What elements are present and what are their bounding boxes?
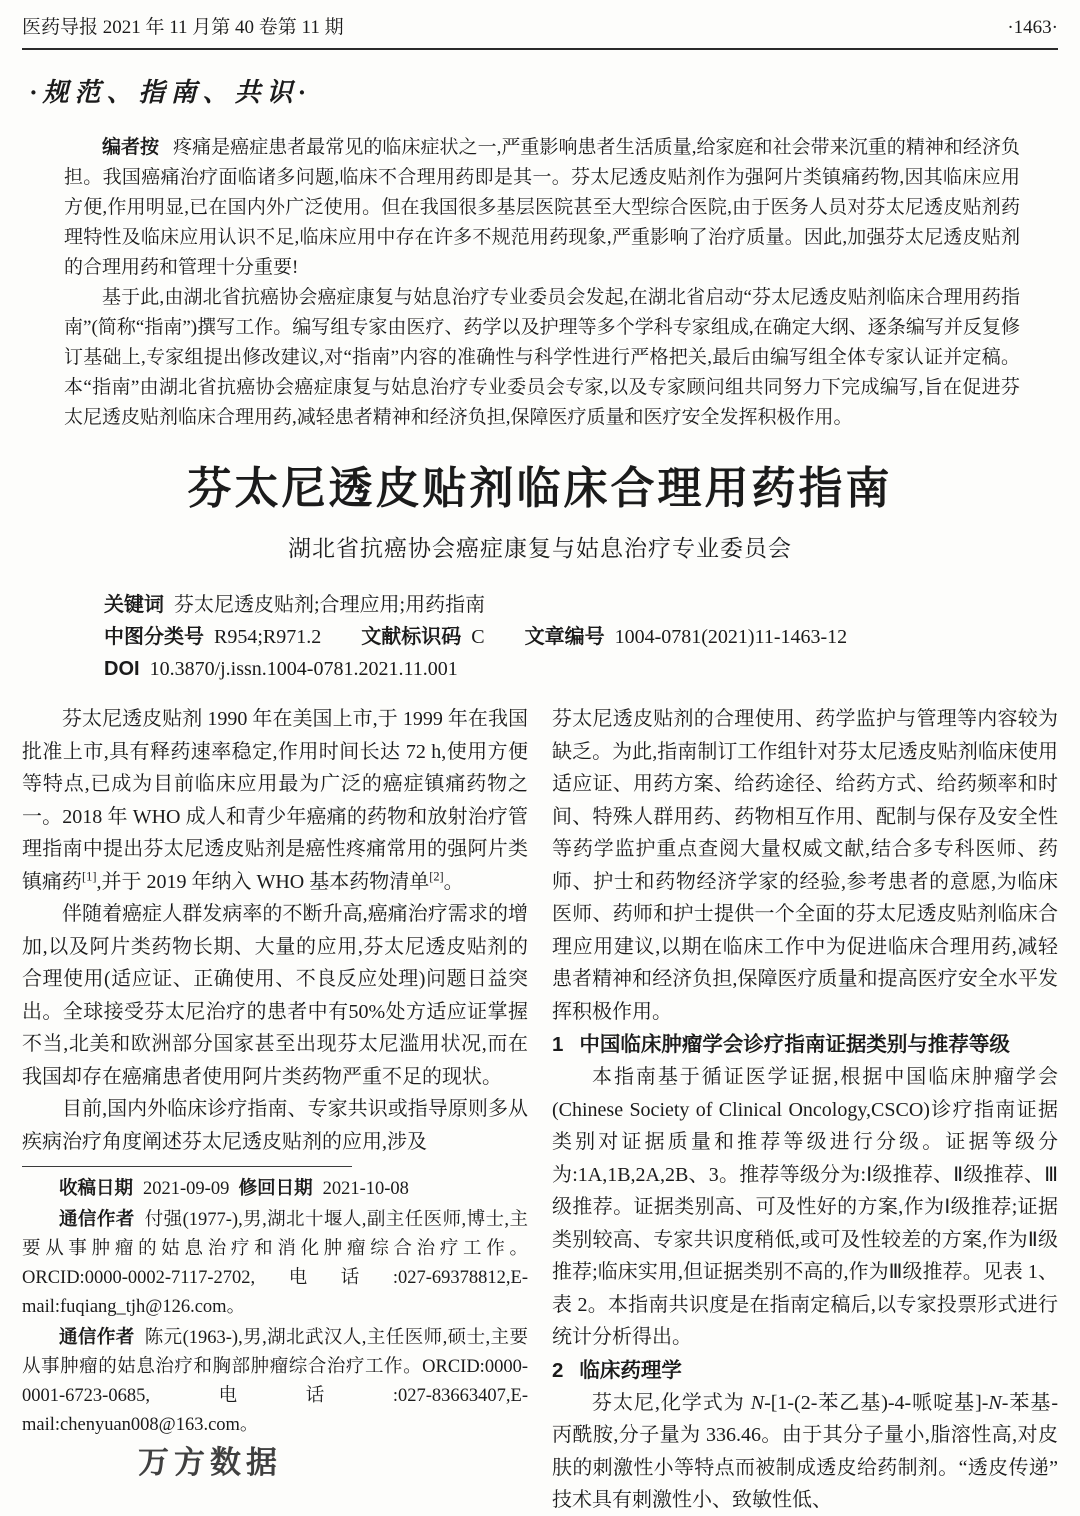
journal-issue-info: 医药导报 2021 年 11 月第 40 卷第 11 期 xyxy=(22,16,344,40)
body-paragraph: 芬太尼,化学式为 N-[1-(2-苯乙基)-4-哌啶基]-N-苯基-丙酰胺,分子… xyxy=(552,1387,1058,1516)
article-author: 湖北省抗癌协会癌症康复与姑息治疗专业委员会 xyxy=(0,535,1080,563)
section-title: 临床药理学 xyxy=(579,1354,682,1387)
footnote-rule xyxy=(22,1166,352,1167)
section-heading-1: 1 中国临床肿瘤学会诊疗指南证据类别与推荐等级 xyxy=(552,1028,1058,1061)
section-number: 1 xyxy=(552,1028,563,1061)
right-column: 芬太尼透皮贴剂的合理使用、药学监护与管理等内容较为缺乏。为此,指南制订工作组针对… xyxy=(552,703,1058,1516)
footnote-block: 收稿日期2021-09-09 修回日期2021-10-08 通信作者付强(197… xyxy=(22,1166,528,1440)
page-number: ·1463· xyxy=(1007,16,1058,40)
left-column: 芬太尼透皮贴剂 1990 年在美国上市,于 1999 年在我国批准上市,具有释药… xyxy=(22,703,528,1516)
classification-line: 中图分类号 R954;R971.2 文献标识码 C 文章编号 1004-0781… xyxy=(104,621,1020,653)
received-revised-dates: 收稿日期2021-09-09 修回日期2021-10-08 xyxy=(22,1173,528,1204)
section-heading-2: 2 临床药理学 xyxy=(552,1354,1058,1387)
article-title: 芬太尼透皮贴剂临床合理用药指南 xyxy=(0,463,1080,515)
section-title: 中国临床肿瘤学会诊疗指南证据类别与推荐等级 xyxy=(579,1028,1010,1061)
editor-note-paragraph: 基于此,由湖北省抗癌协会癌症康复与姑息治疗专业委员会发起,在湖北省启动“芬太尼透… xyxy=(64,283,1020,433)
journal-scan-page: 医药导报 2021 年 11 月第 40 卷第 11 期 ·1463· ·规范、… xyxy=(0,0,1080,1516)
corresponding-author-2: 通信作者陈元(1963-),男,湖北武汉人,主任医师,硕士,主要从事肿瘤的姑息治… xyxy=(22,1322,528,1440)
doi-line: DOI 10.3870/j.issn.1004-0781.2021.11.001 xyxy=(104,653,1020,685)
article-meta: 关键词 芬太尼透皮贴剂;合理应用;用药指南 中图分类号 R954;R971.2 … xyxy=(104,589,1020,685)
body-paragraph: 芬太尼透皮贴剂的合理使用、药学监护与管理等内容较为缺乏。为此,指南制订工作组针对… xyxy=(552,703,1058,1028)
header-rule xyxy=(22,48,1058,50)
running-head: 医药导报 2021 年 11 月第 40 卷第 11 期 ·1463· xyxy=(0,0,1080,40)
editor-note: 编者按疼痛是癌症患者最常见的临床症状之一,严重影响患者生活质量,给家庭和社会带来… xyxy=(64,133,1020,433)
keywords-line: 关键词 芬太尼透皮贴剂;合理应用;用药指南 xyxy=(104,589,1020,621)
body-columns: 芬太尼透皮贴剂 1990 年在美国上市,于 1999 年在我国批准上市,具有释药… xyxy=(22,703,1058,1516)
body-paragraph: 本指南基于循证医学证据,根据中国临床肿瘤学会(Chinese Society o… xyxy=(552,1061,1058,1354)
corresponding-author-1: 通信作者付强(1977-),男,湖北十堰人,副主任医师,博士,主要从事肿瘤的姑息… xyxy=(22,1204,528,1322)
column-section-label: ·规范、指南、共识· xyxy=(30,72,1080,109)
body-paragraph: 目前,国内外临床诊疗指南、专家共识或指导原则多从疾病治疗角度阐述芬太尼透皮贴剂的… xyxy=(22,1093,528,1158)
body-paragraph: 伴随着癌症人群发病率的不断升高,癌痛治疗需求的增加,以及阿片类药物长期、大量的应… xyxy=(22,898,528,1093)
section-number: 2 xyxy=(552,1354,563,1387)
body-paragraph: 芬太尼透皮贴剂 1990 年在美国上市,于 1999 年在我国批准上市,具有释药… xyxy=(22,703,528,898)
wanfang-watermark: 万方数据 xyxy=(138,1437,282,1482)
editor-note-paragraph: 编者按疼痛是癌症患者最常见的临床症状之一,严重影响患者生活质量,给家庭和社会带来… xyxy=(64,133,1020,283)
